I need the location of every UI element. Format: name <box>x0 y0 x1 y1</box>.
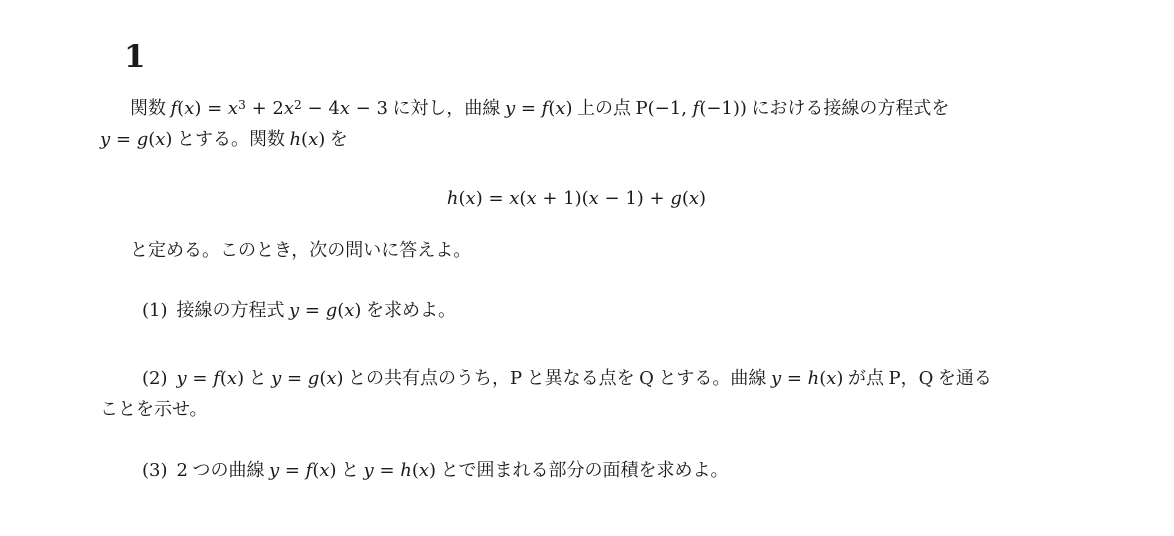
text-run: と <box>337 460 364 480</box>
math-variable: y <box>364 460 374 481</box>
math-variable: g <box>308 368 320 389</box>
text-run <box>168 460 177 480</box>
math-text: ( <box>220 368 227 389</box>
text-run: 関数 <box>130 98 171 118</box>
math-text: = <box>279 460 306 481</box>
math-variable: f <box>213 368 220 389</box>
math-text: = <box>515 98 542 119</box>
text-run: を求めよ。 <box>361 300 456 320</box>
math-variable: h <box>447 188 459 209</box>
math-text: P(−1, <box>636 98 693 119</box>
text-run: とする。関数 <box>172 129 289 149</box>
math-variable: x <box>689 188 699 209</box>
problem-intro-paragraph: 関数 f(x) = x3 + 2x2 − 4x − 3 に対し，曲線 y = f… <box>100 93 1053 155</box>
math-variable: x <box>509 188 519 209</box>
math-text: ) = <box>194 98 228 119</box>
math-text: = <box>374 460 401 481</box>
math-variable: x <box>184 98 194 119</box>
question-1: (1) 接線の方程式 y = g(x) を求めよ。 <box>100 295 1053 326</box>
text-run: とで囲まれる部分の面積を求めよ。 <box>436 460 729 480</box>
problem-number: 1 <box>124 38 146 76</box>
math-text: = <box>187 368 214 389</box>
math-variable: y <box>269 460 279 481</box>
math-variable: x <box>555 98 565 119</box>
math-text: Q <box>919 368 934 389</box>
math-variable: x <box>526 188 536 209</box>
text-run: ， <box>901 368 919 388</box>
math-variable: x <box>308 129 318 150</box>
math-text: = <box>110 129 137 150</box>
text-run: と <box>244 368 271 388</box>
math-text: ) <box>330 460 337 481</box>
math-variable: x <box>340 98 350 119</box>
math-text: Q <box>639 368 654 389</box>
text-run: 上の点 <box>573 98 636 118</box>
math-variable: x <box>589 188 599 209</box>
math-variable: g <box>137 129 149 150</box>
text-run: における接線の方程式を <box>747 98 950 118</box>
display-formula: h(x) = x(x + 1)(x − 1) + g(x) <box>100 183 1053 214</box>
math-variable: x <box>319 460 329 481</box>
math-text: = <box>781 368 808 389</box>
text-run: と定める。このとき，次の問いに答えよ。 <box>130 240 471 260</box>
text-run: つの曲線 <box>188 460 269 480</box>
problem-statement-paragraph: と定める。このとき，次の問いに答えよ。 <box>100 235 1053 265</box>
math-text: P <box>888 368 900 389</box>
text-run: との共有点のうち， <box>344 368 511 388</box>
math-text: ) <box>566 98 573 119</box>
math-text: ) = <box>476 188 510 209</box>
math-variable: y <box>289 300 299 321</box>
text-run: が点 <box>843 368 888 388</box>
math-variable: y <box>771 368 781 389</box>
math-text: − 1) + <box>599 188 671 209</box>
math-variable: g <box>326 300 338 321</box>
math-text: 2 <box>177 460 188 481</box>
math-text: ( <box>682 188 689 209</box>
math-variable: x <box>826 368 836 389</box>
math-variable: x <box>466 188 476 209</box>
math-text: ( <box>412 460 419 481</box>
math-variable: h <box>400 460 412 481</box>
math-text: ) <box>699 188 706 209</box>
math-text: P <box>510 368 522 389</box>
math-text: = <box>299 300 326 321</box>
math-variable: y <box>271 368 281 389</box>
text-run: とする。曲線 <box>654 368 771 388</box>
math-variable: x <box>228 98 238 119</box>
text-run <box>168 368 177 388</box>
math-variable: y <box>100 129 110 150</box>
text-run: 接線の方程式 <box>168 300 290 320</box>
math-text: = <box>281 368 308 389</box>
math-text: + 1)( <box>537 188 589 209</box>
math-text: + 2 <box>246 98 284 119</box>
math-variable: h <box>289 129 301 150</box>
math-text: (−1)) <box>699 98 747 119</box>
math-text: (2) <box>142 368 168 389</box>
math-variable: y <box>177 368 187 389</box>
text-run: ことを示せ。 <box>100 399 207 419</box>
math-variable: x <box>344 300 354 321</box>
text-run: と異なる点を <box>522 368 639 388</box>
math-text: ) <box>337 368 344 389</box>
math-superscript: 3 <box>238 98 246 112</box>
math-variable: x <box>227 368 237 389</box>
math-text: (3) <box>142 460 168 481</box>
math-variable: h <box>808 368 820 389</box>
question-2: (2) y = f(x) と y = g(x) との共有点のうち，P と異なる点… <box>100 363 1053 424</box>
document-page: 1 関数 f(x) = x3 + 2x2 − 4x − 3 に対し，曲線 y =… <box>0 0 1174 536</box>
math-variable: y <box>505 98 515 119</box>
text-run: を通る <box>933 368 992 388</box>
math-variable: g <box>670 188 682 209</box>
text-run: に対し，曲線 <box>388 98 505 118</box>
math-superscript: 2 <box>294 98 302 112</box>
question-3: (3) 2 つの曲線 y = f(x) と y = h(x) とで囲まれる部分の… <box>100 455 1053 486</box>
math-text: (1) <box>142 300 168 321</box>
math-variable: x <box>419 460 429 481</box>
math-variable: x <box>284 98 294 119</box>
math-text: ( <box>459 188 466 209</box>
text-run: を <box>325 129 348 149</box>
math-text: ) <box>429 460 436 481</box>
math-text: − 3 <box>350 98 388 119</box>
math-text: − 4 <box>302 98 340 119</box>
math-variable: x <box>155 129 165 150</box>
math-variable: x <box>326 368 336 389</box>
